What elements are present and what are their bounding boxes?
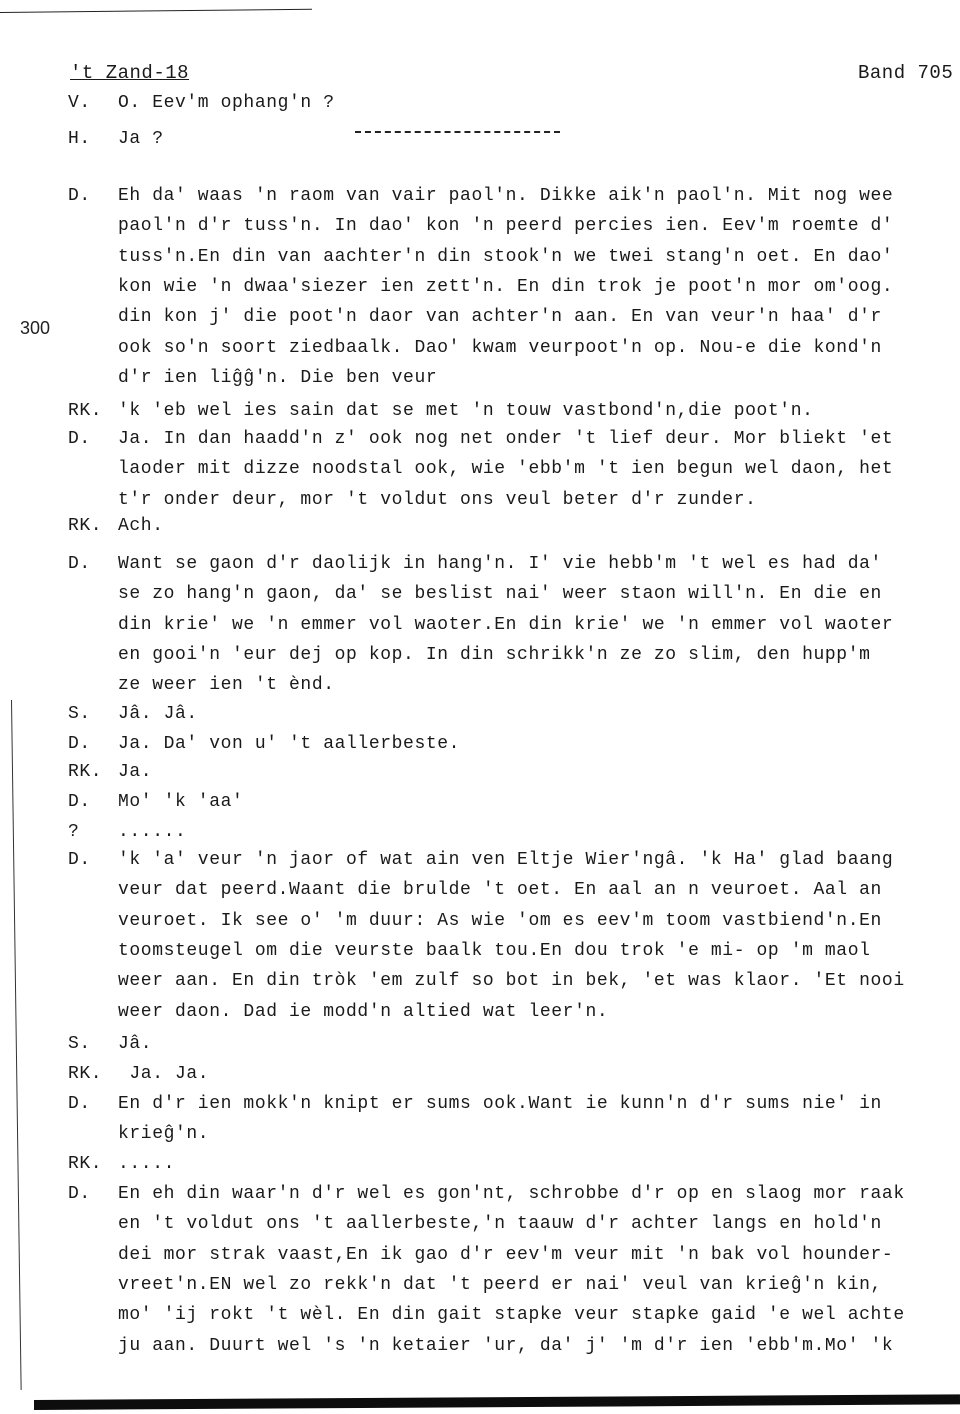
transcript-line: en gooi'n 'eur dej op kop. In din schrik… [118,644,871,666]
transcript-line: dei mor strak vaast,En ik gao d'r eev'm … [118,1244,893,1266]
speaker-label: D. [68,1183,91,1205]
speaker-label: ? [68,821,79,843]
transcript-line: Ach. [118,515,164,537]
transcript-line: 'k 'eb wel ies sain dat se met 'n touw v… [118,400,814,422]
transcript-line: Ja. In dan haadd'n z' ook nog net onder … [118,428,893,450]
speaker-label: RK. [68,761,102,783]
transcript-line: En eh din waar'n d'r wel es gon'nt, schr… [118,1183,905,1205]
speaker-label: D. [68,553,91,575]
transcript-line: ze weer ien 't ènd. [118,674,335,696]
left-margin-line [11,700,22,1390]
transcript-line: toomsteugel om die veurste baalk tou.En … [118,940,871,962]
speaker-label: RK. [68,1063,102,1085]
transcript-line: Ja. Da' von u' 't aallerbeste. [118,733,460,755]
speaker-label: RK. [68,400,102,422]
speaker-label: D. [68,185,91,207]
transcript-line: Eh da' waas 'n raom van vair paol'n. Dik… [118,185,893,207]
transcript-line: ook so'n soort ziedbaalk. Dao' kwam veur… [118,337,882,359]
speaker-label: V. [68,92,91,114]
top-edge-line [0,9,312,13]
speaker-label: RK. [68,1153,102,1175]
transcript-line: ..... [118,1153,175,1175]
transcript-line: paol'n d'r tuss'n. In dao' kon 'n peerd … [118,215,893,237]
transcript-line: Want se gaon d'r daolijk in hang'n. I' v… [118,553,882,575]
speaker-label: S. [68,703,91,725]
transcript-line: Jâ. Jâ. [118,703,198,725]
transcript-line: ...... [118,821,186,843]
speaker-label: D. [68,849,91,871]
transcript-line: 'k 'a' veur 'n jaor of wat ain ven Eltje… [118,849,893,871]
speaker-label: RK. [68,515,102,537]
speaker-label: D. [68,1093,91,1115]
transcript-line: Ja ? [118,128,164,150]
transcript-line: din krie' we 'n emmer vol waoter.En din … [118,614,893,636]
transcript-line: t'r onder deur, mor 't voldut ons veul b… [118,489,757,511]
transcript-line: weer daon. Dad ie modd'n altied wat leer… [118,1001,608,1023]
document-title: 't Zand-18 [70,62,189,84]
tape-label: Band 705 [858,62,953,84]
transcript-line: vreet'n.EN wel zo rekk'n dat 't peerd er… [118,1274,882,1296]
bottom-edge-bar [34,1394,960,1410]
speaker-label: S. [68,1033,91,1055]
speaker-label: D. [68,791,91,813]
transcript-line: Ja. [118,761,152,783]
transcript-line: veur dat peerd.Waant die brulde 't oet. … [118,879,882,901]
transcript-line: veuroet. Ik see o' 'm duur: As wie 'om e… [118,910,882,932]
transcript-line: Jâ. [118,1033,152,1055]
speaker-label: D. [68,733,91,755]
transcript-line: Ja. Ja. [118,1063,209,1085]
transcript-line: din kon j' die poot'n daor van achter'n … [118,306,882,328]
transcript-line: se zo hang'n gaon, da' se beslist nai' w… [118,583,882,605]
transcript-line: kon wie 'n dwaa'siezer ien zett'n. En di… [118,276,893,298]
section-divider [355,131,560,133]
transcript-line: laoder mit dizze noodstal ook, wie 'ebb'… [118,458,893,480]
transcript-line: krieĝ'n. [118,1123,209,1145]
transcript-line: O. Eev'm ophang'n ? [118,92,335,114]
transcript-line: en 't voldut ons 't aallerbeste,'n taauw… [118,1213,882,1235]
transcript-line: tuss'n.En din van aachter'n din stook'n … [118,246,893,268]
speaker-label: H. [68,128,91,150]
transcript-line: weer aan. En din tròk 'em zulf so bot in… [118,970,905,992]
transcript-line: d'r ien liĝĝ'n. Die ben veur [118,367,437,389]
margin-counter-note: 300 [20,318,50,339]
speaker-label: D. [68,428,91,450]
transcript-line: mo' 'ij rokt 't wèl. En din gait stapke … [118,1304,905,1326]
transcript-line: En d'r ien mokk'n knipt er sums ook.Want… [118,1093,882,1115]
transcript-line: Mo' 'k 'aa' [118,791,243,813]
transcript-line: ju aan. Duurt wel 's 'n ketaier 'ur, da'… [118,1335,893,1357]
